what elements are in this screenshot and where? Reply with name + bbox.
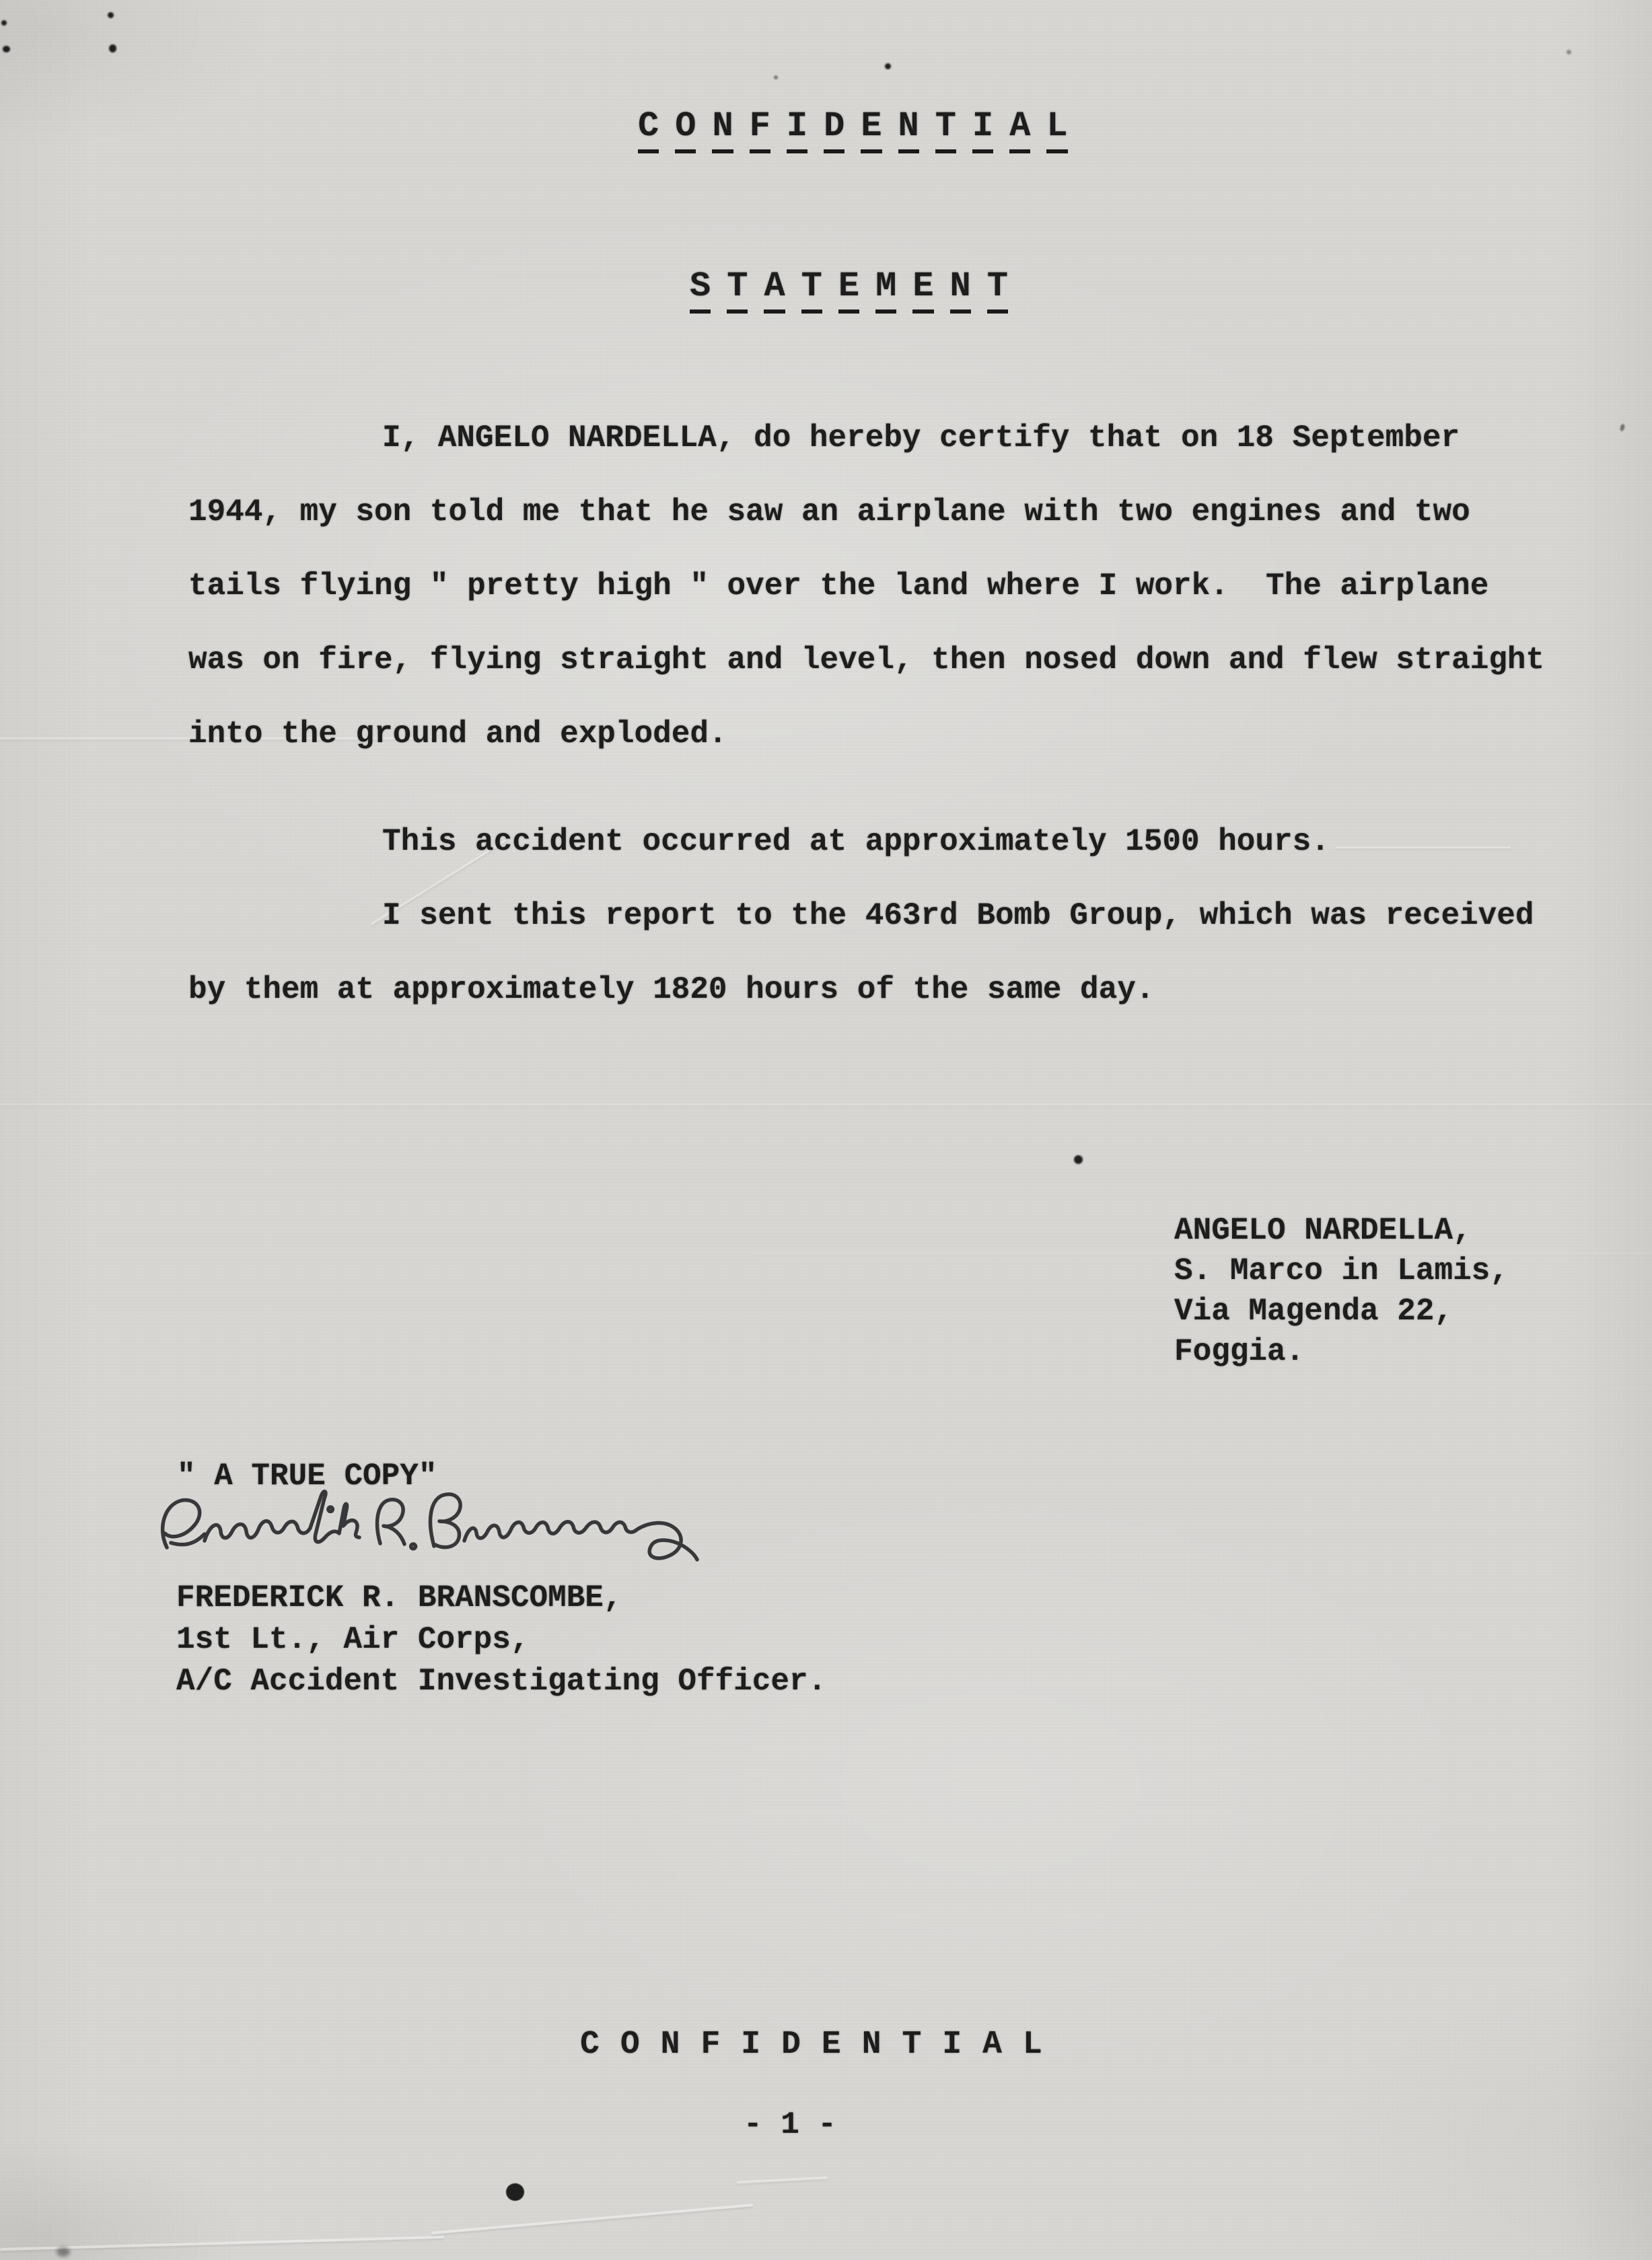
ink-speck [1620, 423, 1625, 431]
ink-speck [108, 12, 114, 18]
scanned-statement-page: CONFIDENTIAL STATEMENT I, ANGELO NARDELL… [0, 0, 1652, 2260]
document-title: STATEMENT [690, 266, 1024, 314]
ink-speck [1567, 50, 1571, 54]
paper-crease [737, 2176, 828, 2183]
signature-stroke [464, 1522, 697, 1560]
statement-paragraph-1: I, ANGELO NARDELLA, do hereby certify th… [188, 401, 1544, 771]
ink-dot [506, 2183, 524, 2201]
paper-crease [431, 2203, 754, 2234]
statement-paragraph-3: I sent this report to the 463rd Bomb Gro… [188, 879, 1534, 1027]
ink-smudge [57, 2247, 70, 2257]
statement-line: 1944, my son told me that he saw an airp… [188, 475, 1544, 549]
paper-crease [0, 1103, 1652, 1105]
ink-speck [1074, 1155, 1083, 1164]
witness-address-line: Via Magenda 22, [1174, 1291, 1509, 1332]
statement-line: I, ANGELO NARDELLA, do hereby certify th… [188, 401, 1544, 475]
page-number: - 1 - [744, 2107, 836, 2142]
signature-stroke [431, 1494, 461, 1547]
statement-line: by them at approximately 1820 hours of t… [188, 953, 1534, 1027]
ink-speck [774, 75, 778, 79]
ink-speck [109, 44, 116, 52]
signature-stroke [163, 1492, 359, 1547]
ink-speck [1, 20, 7, 26]
statement-paragraph-2: This accident occurred at approximately … [188, 805, 1330, 879]
officer-name-line: FREDERICK R. BRANSCOMBE, [176, 1577, 826, 1619]
statement-line: This accident occurred at approximately … [188, 805, 1330, 879]
ink-speck [885, 63, 891, 69]
officer-signature-block: FREDERICK R. BRANSCOMBE, 1st Lt., Air Co… [176, 1577, 826, 1702]
statement-line: was on fire, flying straight and level, … [188, 623, 1544, 697]
statement-line: into the ground and exploded. [188, 697, 1544, 771]
officer-rank-line: 1st Lt., Air Corps, [176, 1619, 826, 1661]
witness-address-line: Foggia. [1174, 1332, 1509, 1372]
officer-title-line: A/C Accident Investigating Officer. [176, 1661, 826, 1702]
statement-line: tails flying " pretty high " over the la… [188, 549, 1544, 623]
witness-address-line: S. Marco in Lamis, [1174, 1251, 1509, 1291]
paper-texture [0, 0, 1652, 2260]
witness-signature-block: ANGELO NARDELLA, S. Marco in Lamis, Via … [1174, 1210, 1509, 1372]
signature-stroke [378, 1500, 416, 1549]
handwritten-signature: Frederick R. Branscombe [156, 1480, 721, 1588]
witness-name: ANGELO NARDELLA, [1174, 1210, 1509, 1251]
classification-footer: CONFIDENTIAL [580, 2027, 1063, 2063]
classification-header: CONFIDENTIAL [638, 106, 1084, 153]
paper-crease [1336, 846, 1511, 848]
ink-speck [3, 46, 10, 52]
statement-line: I sent this report to the 463rd Bomb Gro… [188, 879, 1534, 953]
